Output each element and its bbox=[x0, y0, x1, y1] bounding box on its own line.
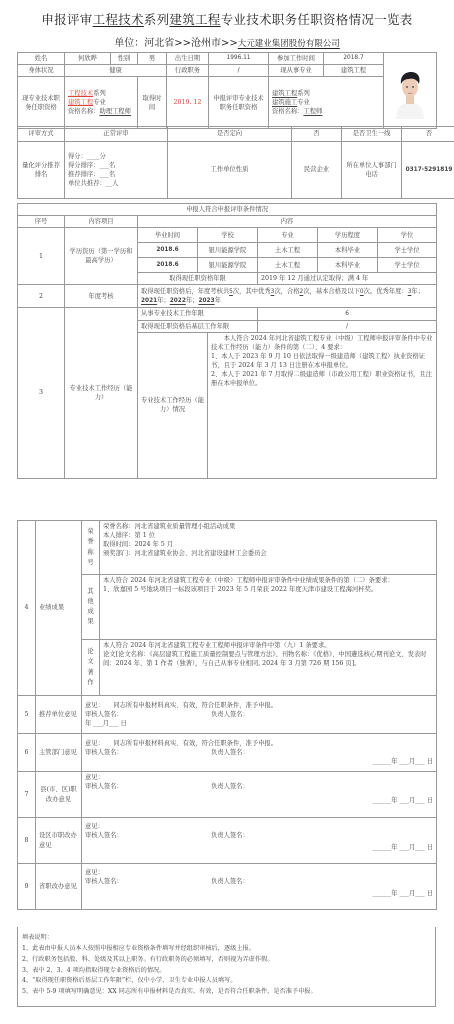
excellent-year: 2022 bbox=[170, 298, 186, 304]
edu-header-level: 学历程度 bbox=[318, 228, 378, 243]
annual-no: 2 bbox=[18, 285, 65, 308]
work-detail-p3: 2、本人于 2021 年 7 月取得二级建造师（市政公用工程）职业资格证书，且注… bbox=[211, 370, 433, 388]
edu-grad: 2018.6 bbox=[138, 258, 198, 273]
achievements-table: 4 业绩成果 荣誉称号 荣誉名称：河北省建筑业质量管理小组活动成果 本人排序：第… bbox=[17, 520, 437, 910]
hr-phone-label: 所在单位人事部门电话 bbox=[342, 142, 402, 199]
annual-label: 年度考核 bbox=[65, 285, 138, 308]
gender-label: 性别 bbox=[111, 53, 138, 65]
admin-post-label: 行政职务 bbox=[167, 65, 209, 77]
current-qual-value: 工程技术系列 建筑工程专业 资格名称：助理工程师 bbox=[65, 77, 138, 129]
recommend-rank-line: 推荐排序：___名 bbox=[68, 170, 164, 179]
other-content: 本人符合 2024 年河北省建筑工程专业（中级）工程师申报评审条件中业绩成果条件… bbox=[100, 575, 437, 640]
title-suffix: 专业技术职务任职资格情况一览表 bbox=[221, 12, 413, 27]
gender-value: 男 bbox=[138, 53, 167, 65]
honor-content: 荣誉名称：河北省建筑业质量管理小组活动成果 本人排序：第 1 位 取得时间：20… bbox=[100, 521, 437, 575]
achieve-no: 4 bbox=[18, 521, 36, 696]
col-item: 内容项目 bbox=[65, 216, 138, 228]
reviewer-signature[interactable]: 审核人签名： bbox=[85, 782, 211, 791]
edu-header-major: 专业 bbox=[258, 228, 318, 243]
edu-no: 1 bbox=[18, 228, 65, 285]
note-item: 5、表中 5-9 项填写明确意见：XX 同志所有申报材料是否真实、有效，是否符合… bbox=[22, 987, 431, 998]
unit-name: 大元建业集团股份有限公司 bbox=[238, 39, 340, 49]
excellent-year: 2023 bbox=[198, 298, 214, 304]
opinion-no: 6 bbox=[18, 734, 36, 772]
work-years-value: 6 bbox=[258, 308, 437, 320]
current-series-suffix: 系列 bbox=[93, 90, 106, 97]
opinion-text: 意见： 同志所有申报材料真实、有效，符合任职条件，准予申报。 bbox=[85, 739, 433, 748]
score-rank-line: 得分排序：___名 bbox=[68, 161, 164, 170]
opinion-text: 意见： bbox=[85, 868, 433, 877]
person-photo-icon bbox=[390, 63, 430, 119]
name-label: 姓名 bbox=[18, 53, 65, 65]
title-prefix: 申报评审 bbox=[41, 12, 92, 27]
name-value: 何欣晔 bbox=[65, 53, 111, 65]
edu-major: 土木工程 bbox=[258, 258, 318, 273]
edu-school: 银川能源学院 bbox=[198, 258, 258, 273]
other-label: 其他成果 bbox=[82, 575, 100, 640]
title-mid: 系列 bbox=[144, 12, 170, 27]
conditions-table: 申报人符合申报评审条件情况 序号 内容项目 内容 1 学历资历（第一学历和最高学… bbox=[17, 203, 437, 479]
edu-level: 本科毕业 bbox=[318, 258, 378, 273]
leader-signature[interactable]: 负责人签名： bbox=[211, 783, 249, 790]
honor-line: 取得时间：2024 年 5 月 bbox=[103, 540, 433, 549]
opinion-label: 设区市职改办意见 bbox=[36, 818, 82, 864]
frontline-value: 否 bbox=[402, 127, 454, 142]
unit-nature-label: 工作单位性质 bbox=[168, 142, 292, 199]
opinion-no: 9 bbox=[18, 864, 36, 910]
current-series: 工程技术 bbox=[68, 90, 93, 97]
hr-phone-value: 0317-5291819 bbox=[402, 142, 454, 199]
apply-qual-value: 建筑工程系列 建筑施工专业 资格名称：工程师 bbox=[269, 77, 384, 129]
work-start-value: 2018.7 bbox=[324, 53, 384, 65]
quant-values: 得分：____分 得分排序：___名 推荐排序：___名 单位共推荐：__人 bbox=[65, 142, 168, 199]
current-major: 建筑工程 bbox=[68, 99, 93, 106]
unit-prefix: 单位：河北省>>沧州市>> bbox=[114, 38, 238, 49]
edu-major: 土木工程 bbox=[258, 243, 318, 258]
note-item: 1、此表由申报人员本人按照申报相应专业资格条件填写并经组织审核后，逐级上报。 bbox=[22, 944, 431, 955]
title-specialty: 建筑工程 bbox=[169, 12, 220, 27]
paper-label: 论文著作 bbox=[82, 640, 100, 696]
current-qual-name: 助理工程师 bbox=[99, 108, 130, 115]
basic-info-table: 姓名 何欣晔 性别 男 出生日期 1996.11 参加工作时间 2018.7 身… bbox=[17, 52, 437, 129]
current-qual-name-label: 资格名称： bbox=[68, 108, 99, 115]
opinion-label: 县(市、区)职改办意见 bbox=[36, 772, 82, 818]
opinion-content: 意见： 审核人签名：负责人签名： ______年 ___月___ 日 bbox=[82, 772, 437, 818]
health-value: 健康 bbox=[65, 65, 167, 77]
opinion-date[interactable]: 年 ___月___ 日 bbox=[85, 719, 433, 728]
edu-header-degree: 学位 bbox=[378, 228, 437, 243]
col-content: 内容 bbox=[138, 216, 437, 228]
opinion-date[interactable]: ______年 ___月___ 日 bbox=[85, 889, 433, 898]
opinion-text: 意见： 同志所有申报材料真实、有效，符合任职条件，准予申报。 bbox=[85, 701, 433, 710]
honor-line: 荣誉名称：河北省建筑业质量管理小组活动成果 bbox=[103, 522, 433, 531]
opinion-row: 8 设区市职改办意见 意见： 审核人签名：负责人签名： ______年 ___月… bbox=[18, 818, 437, 864]
annual-text: 次，合格 bbox=[274, 288, 299, 295]
work-no: 3 bbox=[18, 308, 65, 478]
apply-qual-label: 申报评审专业技术职务任职资格 bbox=[209, 77, 269, 129]
opinion-content: 意见： 同志所有申报材料真实、有效，符合任职条件，准予申报。 审核人签名：负责人… bbox=[82, 734, 437, 772]
obtain-time-label: 取得时间 bbox=[138, 77, 167, 129]
annual-text: 年； bbox=[411, 288, 424, 295]
photo-cell bbox=[384, 53, 437, 129]
opinion-no: 5 bbox=[18, 696, 36, 734]
birth-label: 出生日期 bbox=[167, 53, 209, 65]
opinion-row: 7 县(市、区)职改办意见 意见： 审核人签名：负责人签名： ______年 _… bbox=[18, 772, 437, 818]
reviewer-signature[interactable]: 审核人签名： bbox=[85, 710, 211, 719]
edu-header-school: 学校 bbox=[198, 228, 258, 243]
edu-label: 学历资历（第一学历和最高学历） bbox=[65, 228, 138, 285]
page-title: 申报评审工程技术系列建筑工程专业技术职务任职资格情况一览表 bbox=[0, 10, 454, 28]
work-detail-label: 专业技术工作经历（能力）情况 bbox=[138, 332, 208, 478]
grassroots-value: / bbox=[258, 320, 437, 332]
reviewer-signature[interactable]: 审核人签名： bbox=[85, 831, 211, 840]
opinion-no: 8 bbox=[18, 818, 36, 864]
opinion-text: 意见： bbox=[85, 773, 433, 782]
frontline-label: 是否卫生一线 bbox=[342, 127, 402, 142]
quant-label: 量化评分推荐排名 bbox=[18, 142, 65, 199]
work-detail-content: 本人符合 2024 年河北省建筑工程专业（中级）工程师申报评审条件中专业技术工作… bbox=[208, 332, 437, 478]
work-start-label: 参加工作时间 bbox=[269, 53, 324, 65]
annual-content: 取得现任职资格后，年度考核共5次，其中优秀3次，合格2次，基本合格及以下0次。优… bbox=[138, 285, 437, 308]
opinion-content: 意见： 同志所有申报材料真实、有效，符合任职条件，准予申报。 审核人签名：负责人… bbox=[82, 696, 437, 734]
leader-signature[interactable]: 负责人签名： bbox=[211, 832, 249, 839]
notes-title: 填表说明： bbox=[22, 933, 431, 944]
unit-total-line: 单位共推荐：__人 bbox=[68, 179, 164, 188]
opinion-date[interactable]: ______年 ___月___ 日 bbox=[85, 843, 433, 852]
honor-line: 本人排序：第 1 位 bbox=[103, 531, 433, 540]
score-line: 得分：____分 bbox=[68, 152, 164, 161]
tenure-label: 取得现任职资格年限 bbox=[138, 273, 258, 285]
opinion-row: 5 推荐单位意见 意见： 同志所有申报材料真实、有效，符合任职条件，准予申报。 … bbox=[18, 696, 437, 734]
review-table: 评审方式 正常评审 是否定向 否 是否卫生一线 否 量化评分推荐排名 得分：__… bbox=[17, 126, 454, 199]
leader-signature[interactable]: 负责人签名： bbox=[211, 878, 249, 885]
paper-line: 本人符合 2024 年河北省建筑工程专业工程师申报评审条件中第（九）1 条要求。 bbox=[103, 641, 433, 650]
leader-signature[interactable]: 负责人签名： bbox=[211, 749, 249, 756]
opinion-content: 意见： 审核人签名：负责人签名： ______年 ___月___ 日 bbox=[82, 864, 437, 910]
opinion-content: 意见： 审核人签名：负责人签名： ______年 ___月___ 日 bbox=[82, 818, 437, 864]
edu-degree: 学士学位 bbox=[378, 258, 437, 273]
apply-major: 建筑施工 bbox=[272, 99, 297, 106]
work-detail-p2: 1、本人于 2023 年 9 月 10 日依法取得一级建造师（建筑工程）执业资格… bbox=[211, 352, 433, 370]
tenure-value: 2019 年 12 月通过认定取得；满 4 年 bbox=[258, 273, 437, 285]
other-label-text: 其他成果 bbox=[87, 587, 95, 627]
honor-label: 荣誉称号 bbox=[82, 521, 100, 575]
edu-level: 本科毕业 bbox=[318, 243, 378, 258]
other-line: 1、欣嘉园 5 号地块项目一标段该项目于 2023 年 5 月荣获 2022 年… bbox=[103, 585, 433, 594]
work-years-label: 从事专业技术工作年限 bbox=[138, 308, 258, 320]
work-detail-p1: 本人符合 2024 年河北省建筑工程专业（中级）工程师申报评审条件中专业技术工作… bbox=[211, 334, 433, 352]
achieve-label: 业绩成果 bbox=[36, 521, 82, 696]
apply-series: 建筑工程 bbox=[272, 90, 297, 97]
edu-degree: 学士学位 bbox=[378, 243, 437, 258]
honor-label-text: 荣誉称号 bbox=[87, 527, 95, 567]
form-notes: 填表说明： 1、此表由申报人员本人按照申报相应专业资格条件填写并经组织审核后，逐… bbox=[17, 927, 436, 1007]
note-item: 2、行政职务包括股、科、处级及其以上职务。有行政职务的必须填写，否则视为弄虚作假… bbox=[22, 955, 431, 966]
apply-major-suffix: 专业 bbox=[297, 99, 310, 106]
honor-line: 颁奖部门：河北省建筑业协会、河北省建设建材工会委员会 bbox=[103, 549, 433, 558]
current-specialty-value: 建筑工程 bbox=[324, 65, 384, 77]
opinion-row: 6 主管部门意见 意见： 同志所有申报材料真实、有效，符合任职条件，准予申报。 … bbox=[18, 734, 437, 772]
directed-value: 否 bbox=[292, 127, 342, 142]
opinion-label: 主管部门意见 bbox=[36, 734, 82, 772]
health-label: 身体状况 bbox=[18, 65, 65, 77]
opinion-text: 意见： bbox=[85, 822, 433, 831]
note-item: 3、表中 2、3、4 项均指取得现专业资格后的情况。 bbox=[22, 966, 431, 977]
birth-value: 1996.11 bbox=[209, 53, 269, 65]
apply-qual-name-label: 资格名称： bbox=[272, 108, 303, 115]
reviewer-signature[interactable]: 审核人签名： bbox=[85, 748, 211, 757]
edu-grad: 2018.6 bbox=[138, 243, 198, 258]
annual-text: 次，基本合格及以下 bbox=[303, 288, 360, 295]
reviewer-signature[interactable]: 审核人签名： bbox=[85, 877, 211, 886]
opinion-date[interactable]: ______年 ___月___ 日 bbox=[85, 796, 433, 805]
opinion-row: 9 省职改办意见 意见： 审核人签名：负责人签名： ______年 ___月__… bbox=[18, 864, 437, 910]
excellent-year: 2021 bbox=[141, 298, 157, 304]
unit-nature-value: 民营企业 bbox=[292, 142, 342, 199]
current-specialty-label: 现从事专业 bbox=[269, 65, 324, 77]
leader-signature[interactable]: 负责人签名： bbox=[211, 711, 249, 718]
work-label: 专业技术工作经历（能力） bbox=[65, 308, 138, 478]
annual-text: 取得现任职资格后，年度考核共 bbox=[141, 288, 229, 295]
opinion-no: 7 bbox=[18, 772, 36, 818]
directed-label: 是否定向 bbox=[168, 127, 292, 142]
obtain-time-value: 2019. 12 bbox=[167, 77, 209, 129]
other-line: 本人符合 2024 年河北省建筑工程专业（中级）工程师申报评审条件中业绩成果条件… bbox=[103, 576, 433, 585]
edu-school: 银川能源学院 bbox=[198, 243, 258, 258]
note-item: 4、“取得现任职资格后基层工作年限”栏，仅中小学、卫生专业申报人员填写。 bbox=[22, 976, 431, 987]
current-major-suffix: 专业 bbox=[93, 99, 106, 106]
method-value: 正常评审 bbox=[65, 127, 168, 142]
annual-text: 次，其中优秀 bbox=[233, 288, 271, 295]
paper-label-text: 论文著作 bbox=[87, 647, 95, 687]
annual-text: 次。优秀年度： bbox=[364, 288, 408, 295]
admin-post-value: / bbox=[209, 65, 269, 77]
method-label: 评审方式 bbox=[18, 127, 65, 142]
paper-content: 本人符合 2024 年河北省建筑工程专业工程师申报评审条件中第（九）1 条要求。… bbox=[100, 640, 437, 696]
edu-header-grad: 毕业时间 bbox=[138, 228, 198, 243]
apply-qual-name: 工程师 bbox=[303, 108, 322, 115]
paper-line: 论文[论文名称：《高层建筑工程施工质量控制要点与管理方法》、刊物名称：《优格》、… bbox=[103, 650, 433, 668]
apply-series-suffix: 系列 bbox=[297, 90, 310, 97]
applicant-photo bbox=[390, 63, 430, 119]
opinion-date[interactable]: ______年 ___月___ 日 bbox=[85, 757, 433, 766]
conditions-section-title: 申报人符合申报评审条件情况 bbox=[18, 204, 437, 216]
grassroots-label: 取得现任职资格后基层工作年限 bbox=[138, 320, 258, 332]
unit-line: 单位：河北省>>沧州市>>大元建业集团股份有限公司 bbox=[0, 34, 454, 49]
col-no: 序号 bbox=[18, 216, 65, 228]
opinion-label: 推荐单位意见 bbox=[36, 696, 82, 734]
current-qual-label: 现专业技术职务任职资格 bbox=[18, 77, 65, 129]
title-series: 工程技术 bbox=[93, 12, 144, 27]
opinion-label: 省职改办意见 bbox=[36, 864, 82, 910]
